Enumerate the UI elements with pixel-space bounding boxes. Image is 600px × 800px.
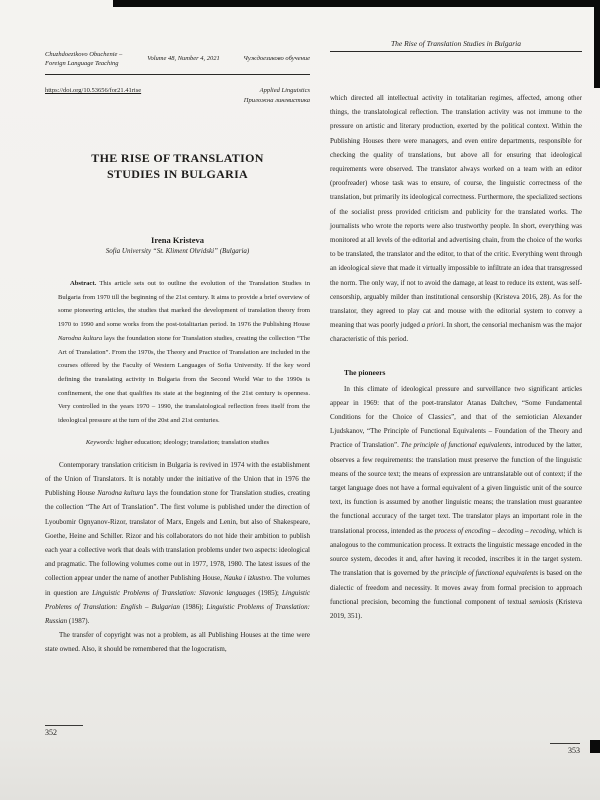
- author-affiliation: Sofia University “St. Kliment Ohridski” …: [45, 246, 310, 256]
- doi-link[interactable]: https://doi.org/10.53656/for21.41rise: [45, 86, 141, 106]
- keywords-text: higher education; ideology; translation;…: [114, 439, 269, 446]
- journal-name-en: Chuzhdoezikovo Obuchenie – Foreign Langu…: [45, 50, 137, 68]
- body-paragraph: Contemporary translation criticism in Bu…: [45, 458, 310, 628]
- right-page: The Rise of Translation Studies in Bulga…: [330, 38, 582, 623]
- footer-rule: [550, 743, 580, 744]
- page-footer-left: 352: [45, 725, 89, 738]
- header-rule: [45, 74, 310, 75]
- author-name: Irena Kristeva: [45, 235, 310, 245]
- journal-header: Chuzhdoezikovo Obuchenie – Foreign Langu…: [45, 50, 310, 68]
- page-number: 353: [536, 746, 580, 756]
- body-paragraph: which directed all intellectual activity…: [330, 91, 582, 347]
- abstract: Abstract. This article sets out to outli…: [45, 277, 310, 428]
- body-paragraph: The transfer of copyright was not a prob…: [45, 628, 310, 656]
- article-title-line2: STUDIES IN BULGARIA: [107, 167, 248, 181]
- journal-name-bg: Чуждоезиково обучение: [230, 50, 310, 63]
- keywords-label: Keywords:: [86, 439, 114, 446]
- scan-artifact-top-bar: [113, 0, 600, 7]
- journal-name-en-line1: Chuzhdoezikovo Obuchenie –: [45, 50, 137, 59]
- journal-name-en-line2: Foreign Language Teaching: [45, 59, 137, 68]
- abstract-text: This article sets out to outline the evo…: [58, 280, 310, 424]
- doi-row: https://doi.org/10.53656/for21.41rise Ap…: [45, 86, 310, 106]
- scan-artifact-right-mark: [590, 740, 600, 753]
- section-labels: Applied Linguistics Приложна лингвистика: [244, 86, 310, 106]
- section-label-bg: Приложна лингвистика: [244, 96, 310, 106]
- body-paragraph: In this climate of ideological pressure …: [330, 382, 582, 623]
- section-heading: The pioneers: [330, 367, 582, 378]
- article-title: THE RISE OF TRANSLATIONSTUDIES IN BULGAR…: [45, 150, 310, 182]
- abstract-label: Abstract.: [70, 280, 96, 287]
- article-title-line1: THE RISE OF TRANSLATION: [91, 151, 263, 165]
- running-head-rule: [330, 51, 582, 52]
- keywords-line: Keywords: higher education; ideology; tr…: [45, 436, 310, 449]
- volume-info: Volume 48, Number 4, 2021: [139, 50, 229, 63]
- scanned-document: Chuzhdoezikovo Obuchenie – Foreign Langu…: [0, 0, 600, 800]
- page-number: 352: [45, 728, 89, 738]
- left-page: Chuzhdoezikovo Obuchenie – Foreign Langu…: [45, 50, 310, 657]
- scan-artifact-right-edge: [594, 0, 600, 88]
- page-footer-right: 353: [536, 743, 580, 756]
- section-label-en: Applied Linguistics: [244, 86, 310, 96]
- running-head: The Rise of Translation Studies in Bulga…: [330, 38, 582, 49]
- footer-rule: [45, 725, 83, 726]
